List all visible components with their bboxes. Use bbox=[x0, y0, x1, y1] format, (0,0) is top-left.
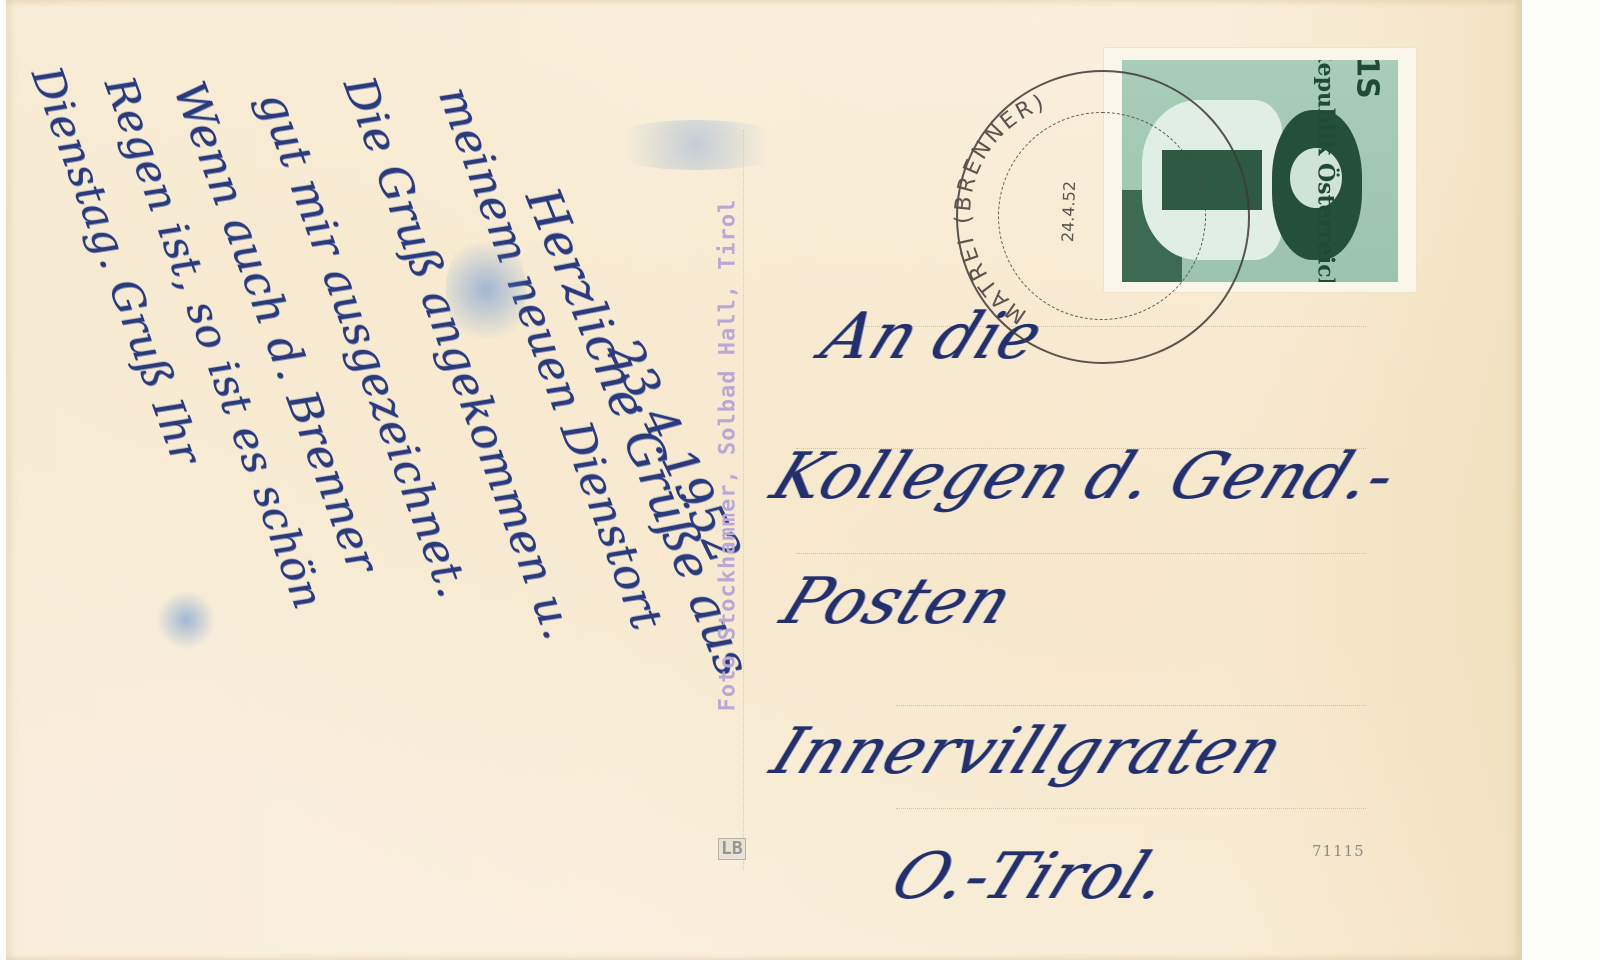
address-line: Posten bbox=[771, 565, 1024, 639]
serial-number: 71115 bbox=[1312, 842, 1365, 860]
photo-credit: Foto Stockhammer, Solbad Hall, Tirol bbox=[716, 199, 741, 712]
postmark-text-ring: MATREI (BRENNER) bbox=[958, 72, 1248, 362]
stamp-country: Republik Österreich bbox=[1312, 60, 1338, 282]
ink-smudge bbox=[156, 590, 216, 650]
address-guide-line bbox=[796, 553, 1366, 554]
center-divider bbox=[743, 130, 744, 870]
address-guide-line bbox=[896, 705, 1366, 706]
ink-smudge bbox=[446, 230, 526, 350]
stamp-value: 1S bbox=[1349, 60, 1384, 99]
ink-smudge bbox=[596, 120, 796, 170]
address-guide-line bbox=[896, 808, 1366, 809]
address-line: Kollegen d. Gend.- bbox=[761, 440, 1408, 514]
postmark: MATREI (BRENNER) 24.4.52 bbox=[956, 70, 1250, 364]
address-line: O.-Tirol. bbox=[881, 840, 1181, 914]
svg-text:MATREI (BRENNER): MATREI (BRENNER) bbox=[951, 89, 1050, 328]
address-line: Innervillgraten bbox=[761, 715, 1294, 789]
publisher-logo: LB bbox=[718, 838, 746, 860]
postmark-date: 24.4.52 bbox=[1058, 181, 1079, 243]
postcard: 23.4.1952 Herzliche Grüße aus meinem neu… bbox=[6, 0, 1522, 960]
